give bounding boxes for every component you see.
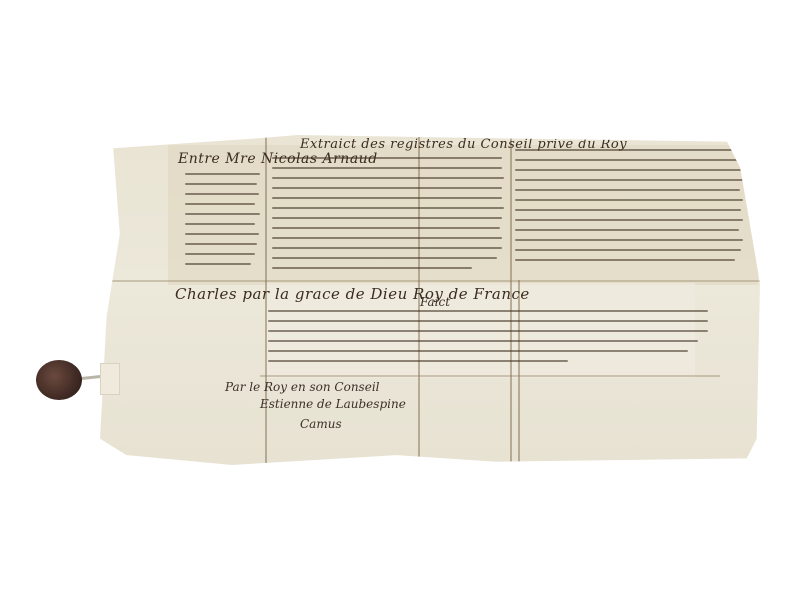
- signature-camus: Camus: [300, 417, 342, 431]
- fold-line: [518, 280, 520, 465]
- marginal-note: Faict: [420, 295, 450, 309]
- charles-heading: Charles par la grace de Dieu Roy de Fran…: [175, 285, 530, 303]
- seal-tab: [100, 363, 120, 395]
- signature-par-le-roy: Par le Roy en son Conseil: [225, 380, 380, 394]
- signature-secretary: Estienne de Laubespine: [260, 397, 406, 411]
- wax-seal-icon: [36, 360, 82, 400]
- fold-line: [100, 280, 760, 282]
- fold-line: [260, 375, 720, 377]
- parchment-sheet: Extraict des registres du Conseil prive …: [100, 135, 760, 465]
- opening-line: Entre Mre Nicolas Arnaud: [178, 151, 378, 167]
